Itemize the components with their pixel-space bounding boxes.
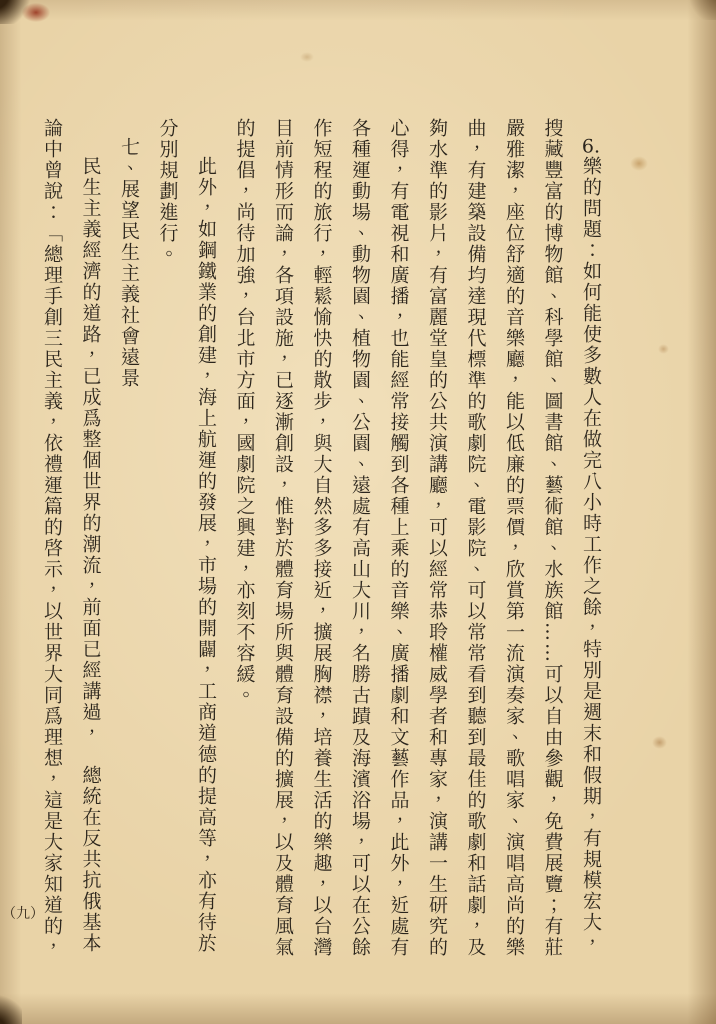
scan-corner-shadow-bottom-left [0, 994, 22, 1024]
scanned-page: 6.樂的問題：如何能使多數人在做完八小時工作之餘，特別是週末和假期，有規模宏大，… [0, 0, 716, 1024]
additional-items-paragraph: 此外，如鋼鐵業的創建，海上航運的發展，市場的開闢，工商道德的提高等，亦有待於分別… [148, 118, 225, 962]
section-6-paragraph: 6.樂的問題：如何能使多數人在做完八小時工作之餘，特別是週末和假期，有規模宏大，… [225, 118, 610, 962]
paper-stain [630, 156, 648, 171]
paper-stain [652, 736, 667, 749]
section-6-text: 樂的問題：如何能使多數人在做完八小時工作之餘，特別是週末和假期，有規模宏大，搜藏… [234, 118, 603, 958]
scan-corner-shadow-top-right [690, 0, 716, 20]
vertical-text-block: 6.樂的問題：如何能使多數人在做完八小時工作之餘，特別是週末和假期，有規模宏大，… [28, 118, 610, 962]
section-7-heading: 七、展望民生主義社會遠景 [110, 118, 149, 962]
red-ink-stain [22, 3, 50, 22]
paper-stain [658, 344, 669, 354]
section-7-paragraph: 民生主義經濟的道路，已成爲整個世界的潮流，前面已經講過， 總統在反共抗俄基本論中… [33, 118, 110, 962]
page-number: （九） [2, 903, 44, 923]
paper-stain [300, 52, 314, 62]
scan-corner-shadow-top-left [0, 0, 30, 24]
section-6-number: 6. [580, 137, 602, 156]
